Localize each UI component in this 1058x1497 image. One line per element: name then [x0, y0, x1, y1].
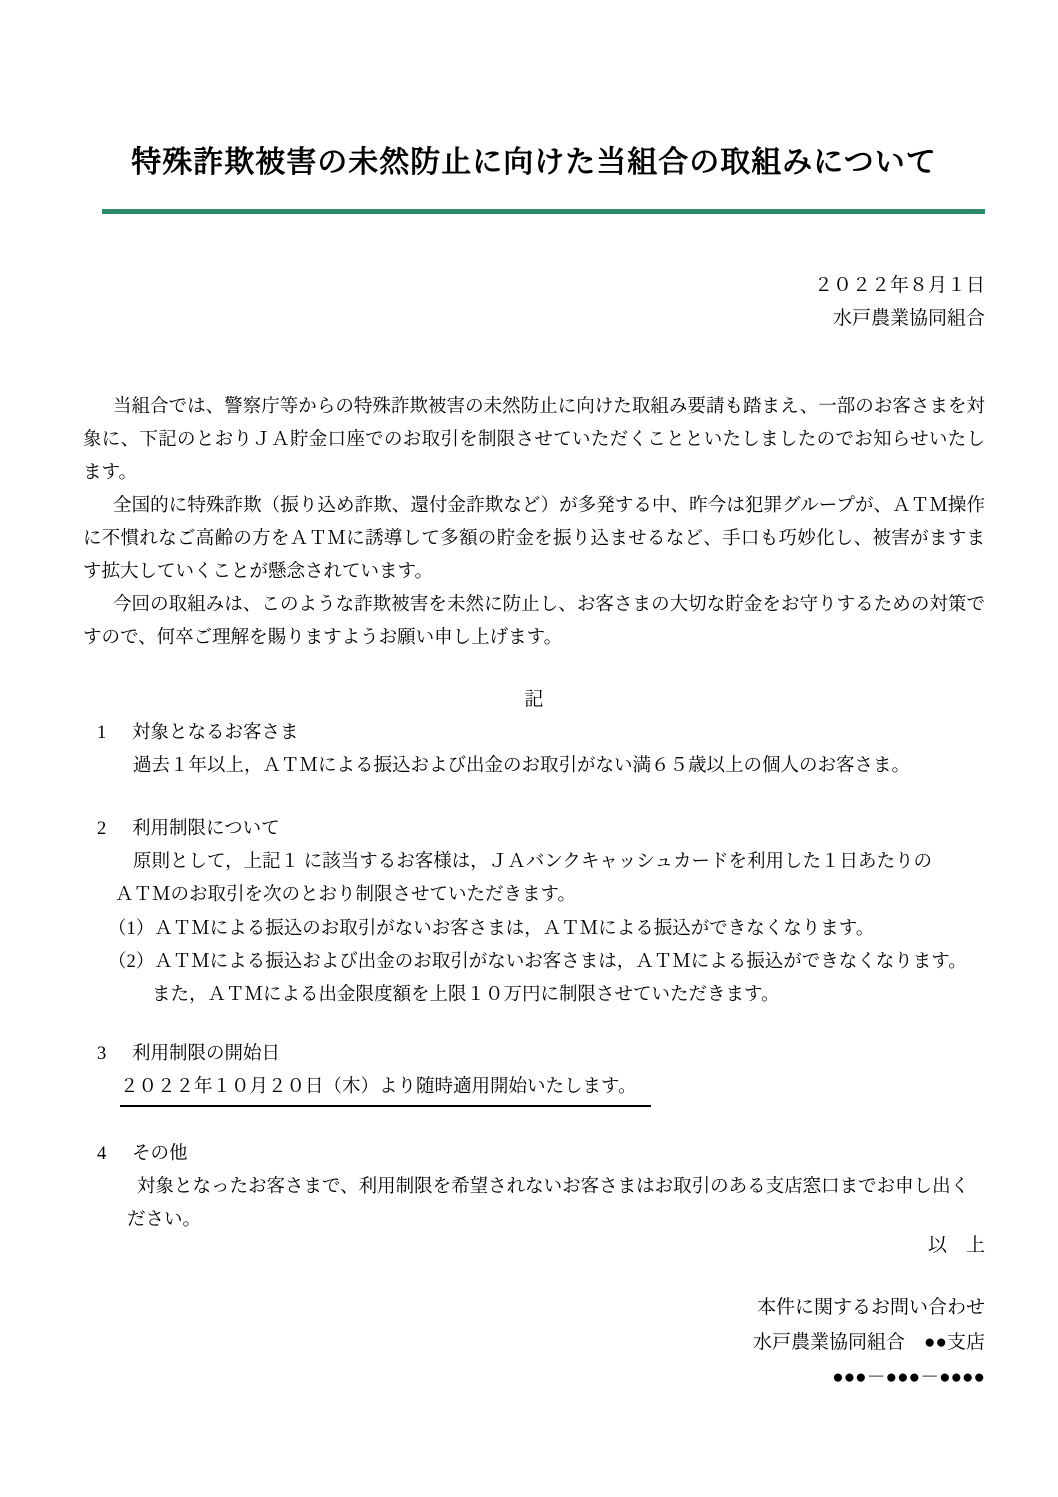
intro-paragraphs: 当組合では、警察庁等からの特殊詐欺被害の未然防止に向けた取組み要請も踏まえ、一部… — [83, 391, 985, 655]
record-marker: 記 — [83, 683, 985, 716]
section-1-heading: 1対象となるお客さま — [83, 717, 985, 750]
document-page: 特殊詐欺被害の未然防止に向けた当組合の取組みについて ２０２２年８月１日 水戸農… — [0, 0, 1058, 1497]
paragraph-line: す拡大していくことが懸念されています。 — [83, 556, 985, 589]
contact-branch: 水戸農業協同組合 ●●支店 — [83, 1325, 985, 1360]
intro-paragraph-3: 今回の取組みは、このような詐欺被害を未然に防止し、お客さまの大切な貯金をお守りす… — [83, 589, 985, 655]
section-4-body-line: 対象となったお客さまで、利用制限を希望されないお客さまはお取引のある支店窓口まで… — [83, 1171, 985, 1204]
paragraph-line: に不慣れなご高齢の方をＡＴＭに誘導して多額の貯金を振り込ませるなど、手口も巧妙化… — [83, 523, 985, 556]
intro-paragraph-2: 全国的に特殊詐欺（振り込め詐欺、還付金詐欺など）が多発する中、昨今は犯罪グループ… — [83, 490, 985, 589]
start-date-underlined: ２０２２年１０月２０日（木）より随時適用開始いたします。 — [120, 1071, 651, 1107]
section-title: 利用制限について — [132, 819, 280, 839]
sections: 1対象となるお客さま 過去１年以上，ＡＴＭによる振込および出金のお取引がない満６… — [83, 717, 985, 1237]
paragraph-line: すので、何卒ご理解を賜りますようお願い申し上げます。 — [83, 622, 985, 655]
page-title: 特殊詐欺被害の未然防止に向けた当組合の取組みについて — [83, 144, 985, 182]
section-3-body: ２０２２年１０月２０日（木）より随時適用開始いたします。 — [83, 1071, 985, 1107]
section-1-body: 過去１年以上，ＡＴＭによる振込および出金のお取引がない満６５歳以上の個人のお客さ… — [83, 750, 985, 783]
paragraph-line: 象に、下記のとおりＪＡ貯金口座でのお取引を制限させていただくことといたしましたの… — [83, 424, 985, 457]
section-2-list-item-2: （2）ＡＴＭによる振込および出金のお取引がないお客さまは，ＡＴＭによる振込ができ… — [83, 946, 985, 979]
intro-paragraph-1: 当組合では、警察庁等からの特殊詐欺被害の未然防止に向けた取組み要請も踏まえ、一部… — [83, 391, 985, 490]
section-number: 3 — [97, 1038, 132, 1071]
section-number: 1 — [97, 717, 132, 750]
title-rule — [102, 209, 985, 214]
section-4-heading: 4その他 — [83, 1138, 985, 1171]
organization-name: 水戸農業協同組合 — [83, 302, 985, 335]
issue-date: ２０２２年８月１日 — [83, 269, 985, 302]
section-title: 利用制限の開始日 — [132, 1044, 280, 1064]
header-block: ２０２２年８月１日 水戸農業協同組合 — [83, 269, 985, 335]
section-number: 2 — [97, 813, 132, 846]
closing-label: 以 上 — [83, 1229, 985, 1262]
contact-block: 本件に関するお問い合わせ 水戸農業協同組合 ●●支店 ●●●－●●●－●●●● — [83, 1290, 985, 1395]
section-title: 対象となるお客さま — [132, 723, 299, 743]
paragraph-line: 今回の取組みは、このような詐欺被害を未然に防止し、お客さまの大切な貯金をお守りす… — [83, 589, 985, 622]
section-title: その他 — [132, 1144, 188, 1164]
section-2-list-item-1: （1）ＡＴＭによる振込のお取引がないお客さまは，ＡＴＭによる振込ができなくなりま… — [83, 913, 985, 946]
paragraph-line: 当組合では、警察庁等からの特殊詐欺被害の未然防止に向けた取組み要請も踏まえ、一部… — [83, 391, 985, 424]
contact-phone: ●●●－●●●－●●●● — [83, 1360, 985, 1395]
paragraph-line: ます。 — [83, 457, 985, 490]
section-2-heading: 2利用制限について — [83, 813, 985, 846]
paragraph-line: 全国的に特殊詐欺（振り込め詐欺、還付金詐欺など）が多発する中、昨今は犯罪グループ… — [83, 490, 985, 523]
section-2-list-item-2-continued: また，ＡＴＭによる出金限度額を上限１０万円に制限させていただきます。 — [83, 979, 985, 1012]
contact-heading: 本件に関するお問い合わせ — [83, 1290, 985, 1325]
section-2-body-line: 原則として，上記１ に該当するお客様は，ＪＡバンクキャッシュカードを利用した１日… — [83, 846, 985, 879]
section-number: 4 — [97, 1138, 132, 1171]
section-3-heading: 3利用制限の開始日 — [83, 1038, 985, 1071]
section-2-body-line: ＡＴＭのお取引を次のとおり制限させていただきます。 — [83, 879, 985, 912]
